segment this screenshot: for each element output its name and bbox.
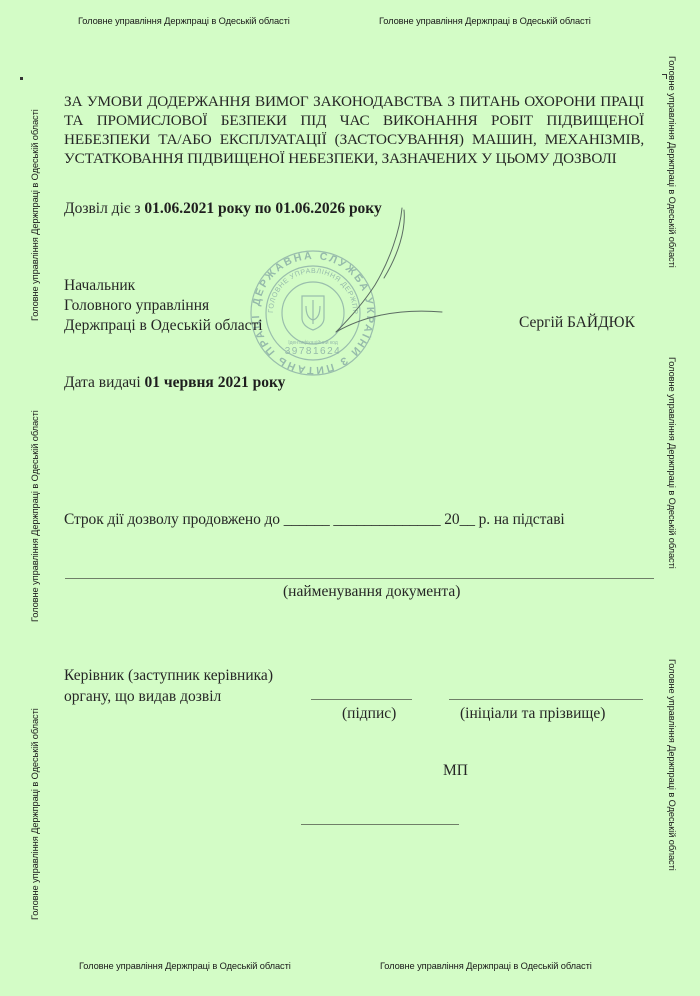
watermark-left-1: Головне управління Держпраці в Одеській … — [30, 109, 40, 321]
heading-line: УСТАТКОВАННЯ ПІДВИЩЕНОЇ НЕБЕЗПЕКИ, ЗАЗНА… — [64, 149, 644, 168]
permit-conditions-heading: ЗА УМОВИ ДОДЕРЖАННЯ ВИМОГ ЗАКОНОДАВСТВА … — [64, 92, 644, 168]
watermark-top-right: Головне управління Держпраці в Одеській … — [379, 16, 591, 26]
authority-label-line: Керівник (заступник керівника) — [64, 666, 273, 685]
watermark-top-left: Головне управління Держпраці в Одеській … — [78, 16, 290, 26]
extension-statement: Строк дії дозволу продовжено до ______ _… — [64, 510, 565, 529]
document-name-caption: (найменування документа) — [283, 582, 460, 601]
watermark-bottom-right: Головне управління Держпраці в Одеській … — [380, 961, 592, 971]
corner-mark-top-left — [20, 77, 23, 80]
watermark-right-2: Головне управління Держпраці в Одеській … — [667, 357, 677, 569]
signatory-position-line: Держпраці в Одеській області — [64, 316, 263, 335]
validity-prefix: Дозвіл діє з — [64, 200, 144, 217]
name-line — [449, 699, 643, 700]
signatory-position-line: Головного управління — [64, 296, 209, 315]
watermark-left-2: Головне управління Держпраці в Одеській … — [30, 410, 40, 622]
name-caption: (ініціали та прізвище) — [460, 704, 605, 723]
document-name-line — [65, 578, 654, 579]
heading-line: ТА ПРОМИСЛОВОЇ БЕЗПЕКИ ПІД ЧАС ВИКОНАННЯ… — [64, 111, 644, 130]
seal-label: МП — [443, 761, 468, 780]
watermark-right-1: Головне управління Держпраці в Одеській … — [667, 56, 677, 268]
watermark-left-3: Головне управління Держпраці в Одеській … — [30, 708, 40, 920]
corner-mark-top-right-v — [666, 74, 667, 79]
heading-line: ЗА УМОВИ ДОДЕРЖАННЯ ВИМОГ ЗАКОНОДАВСТВА … — [64, 92, 644, 111]
handwritten-signature-icon — [300, 200, 460, 350]
issue-date-label: Дата видачі — [64, 374, 145, 391]
watermark-right-3: Головне управління Держпраці в Одеській … — [667, 659, 677, 871]
heading-line: НЕБЕЗПЕКИ ТА/АБО ЕКСПЛУАТАЦІЇ (ЗАСТОСУВА… — [64, 130, 644, 149]
seal-line — [301, 824, 459, 825]
issue-date: Дата видачі 01 червня 2021 року — [64, 373, 285, 392]
signature-caption: (підпис) — [342, 704, 396, 723]
validity-from-date: 01.06.2021 року — [144, 200, 250, 217]
signature-line — [311, 699, 412, 700]
validity-middle: по — [251, 200, 275, 217]
signatory-position-line: Начальник — [64, 276, 135, 295]
permit-document-page: Головне управління Держпраці в Одеській … — [0, 0, 700, 996]
authority-label-line: органу, що видав дозвіл — [64, 687, 221, 706]
issue-date-value: 01 червня 2021 року — [145, 374, 286, 391]
watermark-bottom-left: Головне управління Держпраці в Одеській … — [79, 961, 291, 971]
signatory-name: Сергій БАЙДЮК — [519, 313, 635, 332]
